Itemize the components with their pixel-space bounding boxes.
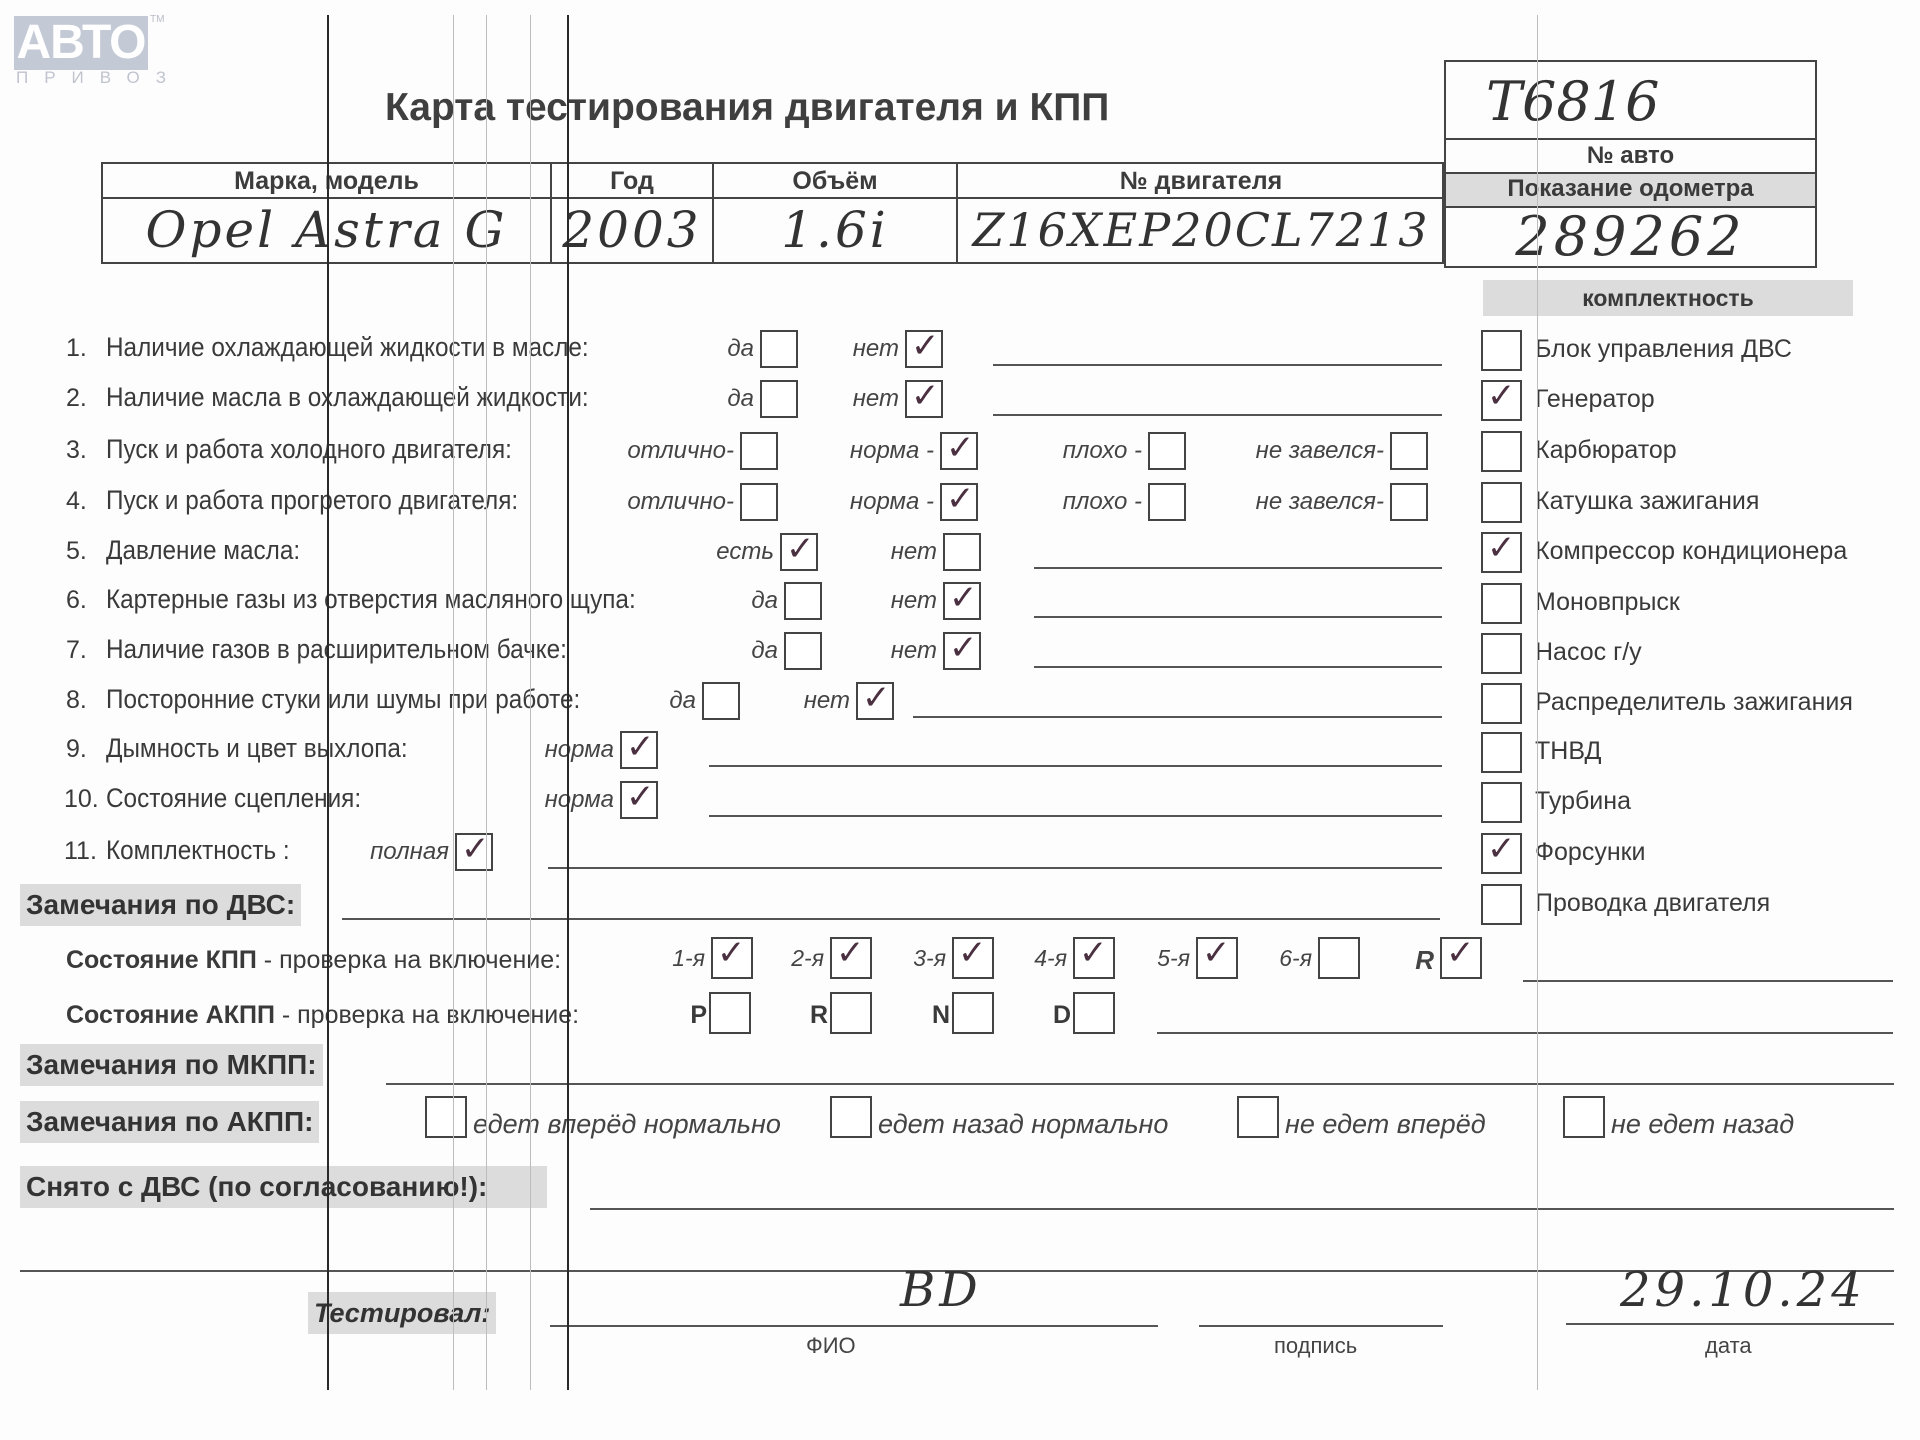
gear-label: R <box>1415 945 1434 976</box>
option-checkbox[interactable] <box>740 432 778 470</box>
question-text: Пуск и работа прогретого двигателя: <box>106 485 518 516</box>
option-checkbox[interactable] <box>1390 432 1428 470</box>
year-value[interactable]: 2003 <box>552 199 712 262</box>
option-label: норма - <box>850 437 934 465</box>
check-mark-icon: ✓ <box>862 678 891 718</box>
gear-label: 6-я <box>1279 945 1312 972</box>
scan-line <box>486 15 487 1390</box>
check-mark-icon: ✓ <box>836 933 865 973</box>
akpp-remark-checkbox[interactable] <box>1563 1096 1605 1138</box>
question-number: 7. <box>66 636 87 665</box>
remarks-mkpp-line[interactable] <box>386 1083 1894 1085</box>
gear-label: 5-я <box>1157 945 1190 972</box>
date-value[interactable]: 29.10.24 <box>1620 1262 1866 1318</box>
comment-line[interactable] <box>709 815 1442 817</box>
signature-line[interactable] <box>1199 1325 1443 1327</box>
option-label: норма - <box>850 488 934 516</box>
option-checkbox[interactable]: ✓ <box>780 533 818 571</box>
vehicle-info-table: Марка, модель Opel Astra G Год 2003 Объё… <box>101 162 1444 264</box>
option-label: не завелся- <box>1256 437 1384 465</box>
check-mark-icon: ✓ <box>1487 528 1516 568</box>
tester-name-line <box>550 1325 1158 1327</box>
question-number: 5. <box>66 537 87 566</box>
option-checkbox[interactable]: ✓ <box>856 682 894 720</box>
check-mark-icon: ✓ <box>1446 933 1475 973</box>
option-checkbox[interactable] <box>760 380 798 418</box>
completeness-checkbox[interactable] <box>1481 482 1522 523</box>
auto-number-label: № авто <box>1446 140 1815 172</box>
question-number: 6. <box>66 586 87 615</box>
gear-label: 3-я <box>913 945 946 972</box>
option-checkbox[interactable]: ✓ <box>940 432 978 470</box>
scan-line <box>567 15 569 1390</box>
question-number: 3. <box>66 436 87 465</box>
check-mark-icon: ✓ <box>911 376 940 416</box>
completeness-checkbox[interactable] <box>1481 330 1522 371</box>
option-label: норма <box>545 786 614 814</box>
gear-label: 2-я <box>791 945 824 972</box>
kpp-label-bold: Состояние КПП <box>66 946 257 974</box>
comment-line[interactable] <box>1034 567 1442 569</box>
gear-checkbox[interactable]: ✓ <box>952 937 994 979</box>
completeness-checkbox[interactable]: ✓ <box>1481 380 1522 421</box>
akpp-remark-checkbox[interactable] <box>425 1096 467 1138</box>
check-mark-icon: ✓ <box>626 777 655 817</box>
completeness-header: комплектность <box>1483 280 1853 316</box>
logo-trademark: TM <box>150 14 164 25</box>
option-label: нет <box>853 385 899 413</box>
check-mark-icon: ✓ <box>958 933 987 973</box>
odometer-label: Показание одометра <box>1446 172 1815 208</box>
tester-name-caption: ФИО <box>806 1333 856 1359</box>
option-checkbox[interactable]: ✓ <box>905 380 943 418</box>
mode-checkbox[interactable] <box>1073 992 1115 1034</box>
engine-number-label: № двигателя <box>958 164 1444 199</box>
tester-name-value[interactable]: BD <box>900 1262 982 1318</box>
option-checkbox[interactable] <box>702 682 740 720</box>
question-number: 11. <box>64 837 97 866</box>
akpp-remark-label: едет назад нормально <box>878 1109 1168 1140</box>
engine-number-value[interactable]: Z16XEP20CL7213 <box>958 199 1444 262</box>
option-checkbox[interactable] <box>1390 483 1428 521</box>
check-mark-icon: ✓ <box>1202 933 1231 973</box>
gear-checkbox[interactable]: ✓ <box>1196 937 1238 979</box>
check-mark-icon: ✓ <box>1487 829 1516 869</box>
remarks-akpp-label: Замечания по АКПП: <box>20 1101 319 1143</box>
logo-subtext: ПРИВОЗ <box>16 68 182 88</box>
scan-line <box>453 15 454 1390</box>
question-number: 10. <box>64 785 99 814</box>
option-checkbox[interactable]: ✓ <box>943 632 981 670</box>
question-text: Комплектность : <box>106 835 290 866</box>
option-label: полная <box>370 838 449 866</box>
completeness-item-label: Генератор <box>1535 385 1655 414</box>
odometer-value[interactable]: 289262 <box>1446 208 1815 266</box>
check-mark-icon: ✓ <box>949 628 978 668</box>
completeness-item-label: Катушка зажигания <box>1535 487 1759 516</box>
check-mark-icon: ✓ <box>946 428 975 468</box>
signature-caption: подпись <box>1274 1333 1357 1359</box>
check-mark-icon: ✓ <box>717 933 746 973</box>
kpp-remarks-line[interactable] <box>1523 980 1893 982</box>
completeness-item-label: Форсунки <box>1535 838 1646 867</box>
question-text: Наличие охлаждающей жидкости в масле: <box>106 332 589 363</box>
option-checkbox[interactable] <box>760 330 798 368</box>
question-number: 8. <box>66 686 87 715</box>
option-label: да <box>669 687 696 715</box>
question-number: 4. <box>66 487 87 516</box>
completeness-item-label: Блок управления ДВС <box>1535 335 1792 364</box>
remarks-engine-line[interactable] <box>342 918 1440 920</box>
question-text: Состояние сцепления: <box>106 783 361 814</box>
option-label: да <box>751 637 778 665</box>
completeness-item-label: Насос г/у <box>1535 638 1642 667</box>
completeness-checkbox[interactable] <box>1481 782 1522 823</box>
completeness-checkbox[interactable]: ✓ <box>1481 532 1522 573</box>
check-mark-icon: ✓ <box>626 727 655 767</box>
gear-checkbox[interactable] <box>1318 937 1360 979</box>
option-checkbox[interactable] <box>784 582 822 620</box>
question-number: 2. <box>66 384 87 413</box>
completeness-item-label: Карбюратор <box>1535 436 1677 465</box>
completeness-item-label: Распределитель зажигания <box>1535 688 1853 717</box>
question-text: Наличие масла в охлаждающей жидкости: <box>106 382 589 413</box>
check-mark-icon: ✓ <box>786 529 815 569</box>
comment-line[interactable] <box>1034 666 1442 668</box>
comment-line[interactable] <box>993 364 1442 366</box>
completeness-checkbox[interactable]: ✓ <box>1481 833 1522 874</box>
option-checkbox[interactable]: ✓ <box>455 833 493 871</box>
logo: АВТО <box>14 16 148 70</box>
mode-checkbox[interactable] <box>830 992 872 1034</box>
removed-line-1[interactable] <box>590 1208 1894 1210</box>
removed-label: Снято с ДВС (по согласованию!): <box>20 1166 547 1208</box>
kpp-label-rest: - проверка на включение: <box>257 946 561 974</box>
scan-line <box>1537 15 1538 1390</box>
option-label: отлично- <box>627 437 734 465</box>
scan-line <box>327 15 329 1390</box>
question-text: Посторонние стуки или шумы при работе: <box>106 684 580 715</box>
completeness-checkbox[interactable] <box>1481 583 1522 624</box>
option-label: плохо - <box>1063 488 1142 516</box>
mode-label: R <box>810 1001 828 1030</box>
tested-by-label: Тестировал: <box>308 1292 496 1334</box>
completeness-item-label: Моновпрыск <box>1535 588 1680 617</box>
comment-line[interactable] <box>709 765 1442 767</box>
comment-line[interactable] <box>1034 616 1442 618</box>
question-number: 9. <box>66 735 87 764</box>
mode-checkbox[interactable] <box>952 992 994 1034</box>
check-mark-icon: ✓ <box>949 578 978 618</box>
gear-checkbox[interactable]: ✓ <box>1440 937 1482 979</box>
question-text: Давление масла: <box>106 535 300 566</box>
question-text: Пуск и работа холодного двигателя: <box>106 434 512 465</box>
check-mark-icon: ✓ <box>1487 376 1516 416</box>
mode-label: D <box>1053 1001 1071 1030</box>
option-label: не завелся- <box>1256 488 1384 516</box>
completeness-checkbox[interactable] <box>1481 431 1522 472</box>
completeness-item-label: ТНВД <box>1535 737 1601 766</box>
option-checkbox[interactable] <box>1148 483 1186 521</box>
option-checkbox[interactable]: ✓ <box>940 483 978 521</box>
question-number: 1. <box>66 334 87 363</box>
remarks-engine-label: Замечания по ДВС: <box>20 884 301 926</box>
completeness-checkbox[interactable] <box>1481 884 1522 925</box>
check-mark-icon: ✓ <box>946 479 975 519</box>
option-label: плохо - <box>1063 437 1142 465</box>
comment-line[interactable] <box>913 716 1442 718</box>
completeness-checkbox[interactable] <box>1481 683 1522 724</box>
page-title: Карта тестирования двигателя и КПП <box>385 86 1109 130</box>
year-cell: Год 2003 <box>552 164 714 262</box>
completeness-item-label: Компрессор кондиционера <box>1535 537 1847 566</box>
akpp-remark-label: едет вперёд нормально <box>473 1109 781 1140</box>
completeness-item-label: Проводка двигателя <box>1535 889 1770 918</box>
gear-label: 1-я <box>672 945 705 972</box>
scan-line <box>530 15 531 1390</box>
mode-label: N <box>932 1001 950 1030</box>
option-checkbox[interactable]: ✓ <box>620 781 658 819</box>
option-label: нет <box>891 538 937 566</box>
gear-checkbox[interactable]: ✓ <box>711 937 753 979</box>
akpp-remark-checkbox[interactable] <box>830 1096 872 1138</box>
comment-line[interactable] <box>993 414 1442 416</box>
option-label: отлично- <box>627 488 734 516</box>
akpp-label: Состояние АКПП - проверка на включение: <box>66 1001 579 1030</box>
date-caption: дата <box>1705 1333 1752 1359</box>
check-mark-icon: ✓ <box>911 326 940 366</box>
akpp-label-bold: Состояние АКПП <box>66 1001 275 1029</box>
option-label: да <box>751 587 778 615</box>
check-mark-icon: ✓ <box>1079 933 1108 973</box>
question-text: Наличие газов в расширительном бачке: <box>106 634 567 665</box>
mode-checkbox[interactable] <box>709 992 751 1034</box>
akpp-remark-checkbox[interactable] <box>1237 1096 1279 1138</box>
volume-label: Объём <box>714 164 956 199</box>
option-checkbox[interactable] <box>943 533 981 571</box>
mode-label: P <box>690 1001 707 1030</box>
volume-value[interactable]: 1.6i <box>714 199 956 262</box>
akpp-remarks-line[interactable] <box>1157 1032 1893 1034</box>
option-checkbox[interactable]: ✓ <box>943 582 981 620</box>
auto-number-value[interactable]: T6816 <box>1446 62 1815 140</box>
option-label: да <box>727 335 754 363</box>
completeness-checkbox[interactable] <box>1481 732 1522 773</box>
option-label: нет <box>891 587 937 615</box>
option-label: нет <box>804 687 850 715</box>
gear-checkbox[interactable]: ✓ <box>1073 937 1115 979</box>
option-checkbox[interactable]: ✓ <box>620 731 658 769</box>
year-label: Год <box>552 164 712 199</box>
completeness-checkbox[interactable] <box>1481 633 1522 674</box>
comment-line[interactable] <box>548 867 1442 869</box>
option-label: да <box>727 385 754 413</box>
option-checkbox[interactable] <box>740 483 778 521</box>
question-text: Дымность и цвет выхлопа: <box>106 733 408 764</box>
option-checkbox[interactable] <box>784 632 822 670</box>
completeness-item-label: Турбина <box>1535 787 1631 816</box>
akpp-remark-label: не едет назад <box>1611 1109 1794 1140</box>
auto-odometer-box: T6816 № авто Показание одометра 289262 <box>1444 60 1817 268</box>
option-label: норма <box>545 736 614 764</box>
option-checkbox[interactable]: ✓ <box>905 330 943 368</box>
engine-number-cell: № двигателя Z16XEP20CL7213 <box>958 164 1444 262</box>
volume-cell: Объём 1.6i <box>714 164 958 262</box>
remarks-mkpp-label: Замечания по МКПП: <box>20 1044 323 1086</box>
gear-label: 4-я <box>1034 945 1067 972</box>
date-line <box>1566 1323 1894 1325</box>
gear-checkbox[interactable]: ✓ <box>830 937 872 979</box>
option-checkbox[interactable] <box>1148 432 1186 470</box>
akpp-label-rest: - проверка на включение: <box>275 1001 579 1029</box>
option-label: нет <box>853 335 899 363</box>
question-text: Картерные газы из отверстия масляного щу… <box>106 584 636 615</box>
option-label: нет <box>891 637 937 665</box>
option-label: есть <box>716 538 774 566</box>
akpp-remark-label: не едет вперёд <box>1285 1109 1486 1140</box>
